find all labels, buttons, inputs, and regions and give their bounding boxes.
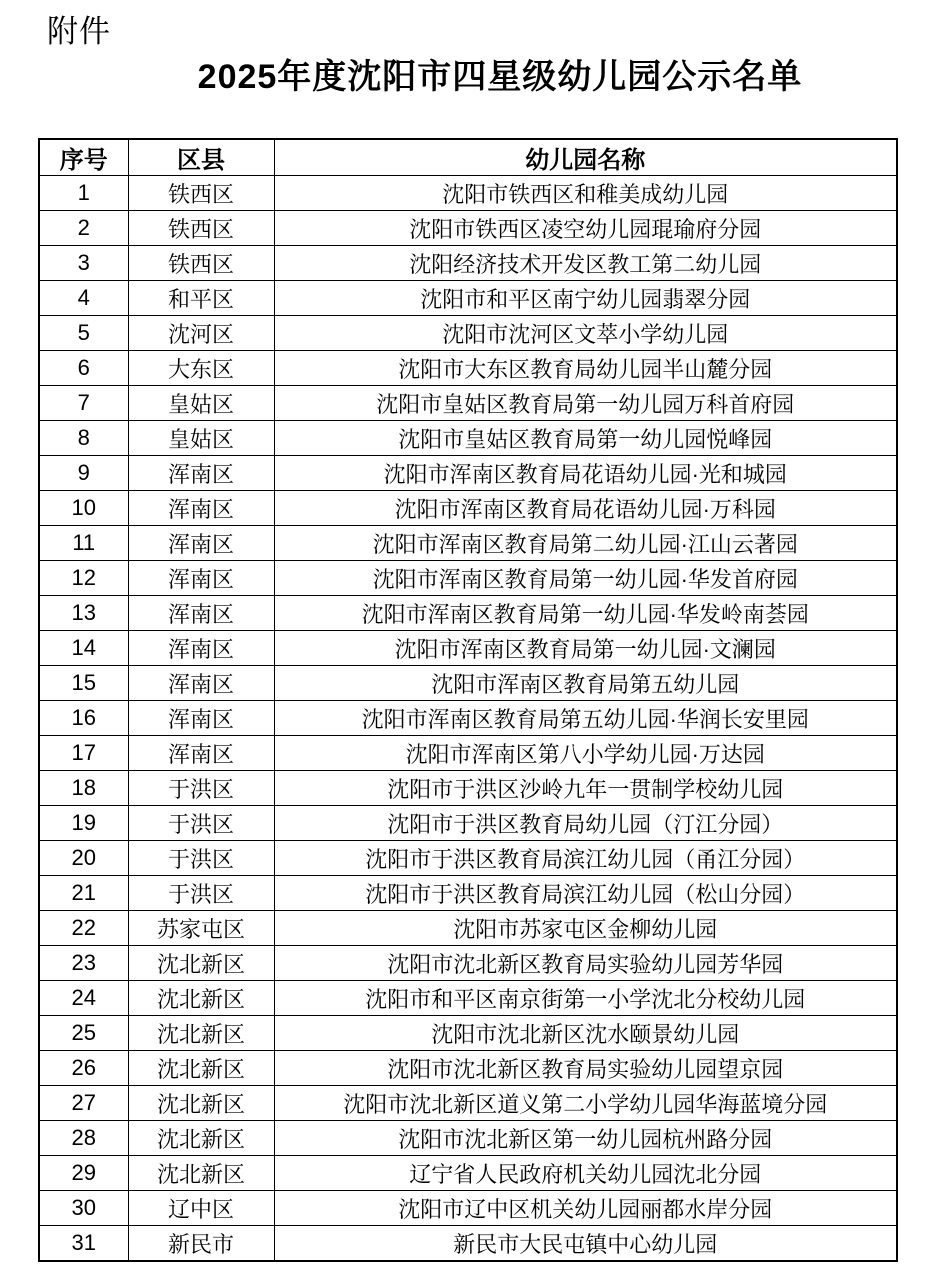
- table-row: 29沈北新区辽宁省人民政府机关幼儿园沈北分园: [39, 1156, 897, 1191]
- table-row: 25沈北新区沈阳市沈北新区沈水颐景幼儿园: [39, 1016, 897, 1051]
- row-number-cell: 5: [39, 316, 128, 351]
- kindergarten-name-cell: 沈阳市浑南区教育局第一幼儿园·华发首府园: [274, 561, 897, 596]
- row-number-cell: 3: [39, 246, 128, 281]
- kindergarten-name-cell: 沈阳市沈北新区第一幼儿园杭州路分园: [274, 1121, 897, 1156]
- district-cell: 皇姑区: [128, 386, 274, 421]
- table-row: 11浑南区沈阳市浑南区教育局第二幼儿园·江山云著园: [39, 526, 897, 561]
- table-row: 20于洪区沈阳市于洪区教育局滨江幼儿园（甬江分园）: [39, 841, 897, 876]
- district-cell: 铁西区: [128, 246, 274, 281]
- district-cell: 浑南区: [128, 596, 274, 631]
- row-number-cell: 23: [39, 946, 128, 981]
- district-cell: 浑南区: [128, 736, 274, 771]
- row-number-cell: 13: [39, 596, 128, 631]
- table-row: 3铁西区沈阳经济技术开发区教工第二幼儿园: [39, 246, 897, 281]
- table-row: 21于洪区沈阳市于洪区教育局滨江幼儿园（松山分园）: [39, 876, 897, 911]
- district-cell: 浑南区: [128, 701, 274, 736]
- table-row: 1铁西区沈阳市铁西区和稚美成幼儿园: [39, 176, 897, 211]
- kindergarten-name-cell: 沈阳市浑南区教育局第五幼儿园: [274, 666, 897, 701]
- row-number-cell: 22: [39, 911, 128, 946]
- district-cell: 于洪区: [128, 841, 274, 876]
- table-row: 24沈北新区沈阳市和平区南京街第一小学沈北分校幼儿园: [39, 981, 897, 1016]
- row-number-cell: 10: [39, 491, 128, 526]
- table-row: 31新民市新民市大民屯镇中心幼儿园: [39, 1226, 897, 1262]
- row-number-cell: 20: [39, 841, 128, 876]
- table-row: 16浑南区沈阳市浑南区教育局第五幼儿园·华润长安里园: [39, 701, 897, 736]
- district-cell: 辽中区: [128, 1191, 274, 1226]
- kindergarten-name-cell: 沈阳市于洪区教育局滨江幼儿园（松山分园）: [274, 876, 897, 911]
- kindergarten-name-cell: 沈阳市沈北新区教育局实验幼儿园芳华园: [274, 946, 897, 981]
- district-cell: 皇姑区: [128, 421, 274, 456]
- district-cell: 苏家屯区: [128, 911, 274, 946]
- header-serial-number: 序号: [39, 139, 128, 176]
- kindergarten-name-cell: 沈阳市沈河区文萃小学幼儿园: [274, 316, 897, 351]
- table-row: 14浑南区沈阳市浑南区教育局第一幼儿园·文澜园: [39, 631, 897, 666]
- row-number-cell: 26: [39, 1051, 128, 1086]
- district-cell: 沈河区: [128, 316, 274, 351]
- kindergarten-name-cell: 沈阳市沈北新区教育局实验幼儿园望京园: [274, 1051, 897, 1086]
- district-cell: 沈北新区: [128, 946, 274, 981]
- table-row: 15浑南区沈阳市浑南区教育局第五幼儿园: [39, 666, 897, 701]
- table-body: 1铁西区沈阳市铁西区和稚美成幼儿园2铁西区沈阳市铁西区凌空幼儿园琨瑜府分园3铁西…: [39, 176, 897, 1262]
- district-cell: 浑南区: [128, 526, 274, 561]
- kindergarten-name-cell: 沈阳市于洪区沙岭九年一贯制学校幼儿园: [274, 771, 897, 806]
- document-page: 附件 2025年度沈阳市四星级幼儿园公示名单 序号 区县 幼儿园名称 1铁西区沈…: [0, 0, 936, 1281]
- row-number-cell: 18: [39, 771, 128, 806]
- header-district: 区县: [128, 139, 274, 176]
- row-number-cell: 30: [39, 1191, 128, 1226]
- kindergarten-name-cell: 沈阳市沈北新区沈水颐景幼儿园: [274, 1016, 897, 1051]
- district-cell: 于洪区: [128, 876, 274, 911]
- kindergarten-name-cell: 沈阳市浑南区教育局花语幼儿园·光和城园: [274, 456, 897, 491]
- district-cell: 浑南区: [128, 631, 274, 666]
- row-number-cell: 7: [39, 386, 128, 421]
- kindergarten-name-cell: 沈阳市铁西区和稚美成幼儿园: [274, 176, 897, 211]
- kindergarten-name-cell: 辽宁省人民政府机关幼儿园沈北分园: [274, 1156, 897, 1191]
- row-number-cell: 15: [39, 666, 128, 701]
- row-number-cell: 12: [39, 561, 128, 596]
- table-row: 4和平区沈阳市和平区南宁幼儿园翡翠分园: [39, 281, 897, 316]
- district-cell: 铁西区: [128, 176, 274, 211]
- table-row: 23沈北新区沈阳市沈北新区教育局实验幼儿园芳华园: [39, 946, 897, 981]
- kindergarten-name-cell: 沈阳市沈北新区道义第二小学幼儿园华海蓝境分园: [274, 1086, 897, 1121]
- page-title: 2025年度沈阳市四星级幼儿园公示名单: [0, 56, 936, 98]
- district-cell: 新民市: [128, 1226, 274, 1262]
- table-row: 27沈北新区沈阳市沈北新区道义第二小学幼儿园华海蓝境分园: [39, 1086, 897, 1121]
- district-cell: 于洪区: [128, 806, 274, 841]
- row-number-cell: 24: [39, 981, 128, 1016]
- kindergarten-name-cell: 沈阳市皇姑区教育局第一幼儿园万科首府园: [274, 386, 897, 421]
- attachment-label: 附件: [47, 6, 111, 51]
- kindergarten-name-cell: 沈阳市浑南区教育局第五幼儿园·华润长安里园: [274, 701, 897, 736]
- row-number-cell: 1: [39, 176, 128, 211]
- kindergarten-name-cell: 沈阳市于洪区教育局幼儿园（汀江分园）: [274, 806, 897, 841]
- kindergarten-name-cell: 沈阳经济技术开发区教工第二幼儿园: [274, 246, 897, 281]
- table-row: 17浑南区沈阳市浑南区第八小学幼儿园·万达园: [39, 736, 897, 771]
- row-number-cell: 25: [39, 1016, 128, 1051]
- table-row: 18于洪区沈阳市于洪区沙岭九年一贯制学校幼儿园: [39, 771, 897, 806]
- row-number-cell: 27: [39, 1086, 128, 1121]
- district-cell: 铁西区: [128, 211, 274, 246]
- table-row: 22苏家屯区沈阳市苏家屯区金柳幼儿园: [39, 911, 897, 946]
- kindergarten-name-cell: 沈阳市和平区南京街第一小学沈北分校幼儿园: [274, 981, 897, 1016]
- kindergarten-name-cell: 沈阳市于洪区教育局滨江幼儿园（甬江分园）: [274, 841, 897, 876]
- district-cell: 浑南区: [128, 561, 274, 596]
- district-cell: 沈北新区: [128, 1156, 274, 1191]
- row-number-cell: 14: [39, 631, 128, 666]
- kindergarten-name-cell: 沈阳市浑南区教育局第一幼儿园·华发岭南荟园: [274, 596, 897, 631]
- table-row: 13浑南区沈阳市浑南区教育局第一幼儿园·华发岭南荟园: [39, 596, 897, 631]
- kindergarten-name-cell: 沈阳市苏家屯区金柳幼儿园: [274, 911, 897, 946]
- table-row: 28沈北新区沈阳市沈北新区第一幼儿园杭州路分园: [39, 1121, 897, 1156]
- district-cell: 沈北新区: [128, 1016, 274, 1051]
- row-number-cell: 31: [39, 1226, 128, 1262]
- district-cell: 沈北新区: [128, 1051, 274, 1086]
- kindergarten-name-cell: 沈阳市浑南区第八小学幼儿园·万达园: [274, 736, 897, 771]
- row-number-cell: 21: [39, 876, 128, 911]
- kindergarten-name-cell: 沈阳市浑南区教育局第一幼儿园·文澜园: [274, 631, 897, 666]
- table-row: 10浑南区沈阳市浑南区教育局花语幼儿园·万科园: [39, 491, 897, 526]
- district-cell: 和平区: [128, 281, 274, 316]
- table-row: 26沈北新区沈阳市沈北新区教育局实验幼儿园望京园: [39, 1051, 897, 1086]
- row-number-cell: 19: [39, 806, 128, 841]
- table-row: 5沈河区沈阳市沈河区文萃小学幼儿园: [39, 316, 897, 351]
- kindergarten-name-cell: 沈阳市皇姑区教育局第一幼儿园悦峰园: [274, 421, 897, 456]
- table-row: 9浑南区沈阳市浑南区教育局花语幼儿园·光和城园: [39, 456, 897, 491]
- row-number-cell: 16: [39, 701, 128, 736]
- row-number-cell: 6: [39, 351, 128, 386]
- kindergarten-name-cell: 沈阳市浑南区教育局花语幼儿园·万科园: [274, 491, 897, 526]
- table-header: 序号 区县 幼儿园名称: [39, 139, 897, 176]
- row-number-cell: 17: [39, 736, 128, 771]
- row-number-cell: 11: [39, 526, 128, 561]
- district-cell: 沈北新区: [128, 981, 274, 1016]
- header-row: 序号 区县 幼儿园名称: [39, 139, 897, 176]
- district-cell: 浑南区: [128, 666, 274, 701]
- district-cell: 浑南区: [128, 491, 274, 526]
- row-number-cell: 28: [39, 1121, 128, 1156]
- table-row: 7皇姑区沈阳市皇姑区教育局第一幼儿园万科首府园: [39, 386, 897, 421]
- district-cell: 于洪区: [128, 771, 274, 806]
- district-cell: 沈北新区: [128, 1086, 274, 1121]
- kindergarten-name-cell: 沈阳市浑南区教育局第二幼儿园·江山云著园: [274, 526, 897, 561]
- kindergarten-name-cell: 沈阳市辽中区机关幼儿园丽都水岸分园: [274, 1191, 897, 1226]
- district-cell: 大东区: [128, 351, 274, 386]
- table-row: 6大东区沈阳市大东区教育局幼儿园半山麓分园: [39, 351, 897, 386]
- row-number-cell: 8: [39, 421, 128, 456]
- row-number-cell: 2: [39, 211, 128, 246]
- row-number-cell: 9: [39, 456, 128, 491]
- table-row: 8皇姑区沈阳市皇姑区教育局第一幼儿园悦峰园: [39, 421, 897, 456]
- district-cell: 浑南区: [128, 456, 274, 491]
- kindergarten-table: 序号 区县 幼儿园名称 1铁西区沈阳市铁西区和稚美成幼儿园2铁西区沈阳市铁西区凌…: [38, 138, 898, 1262]
- table-row: 19于洪区沈阳市于洪区教育局幼儿园（汀江分园）: [39, 806, 897, 841]
- row-number-cell: 29: [39, 1156, 128, 1191]
- table-row: 30辽中区沈阳市辽中区机关幼儿园丽都水岸分园: [39, 1191, 897, 1226]
- header-kindergarten-name: 幼儿园名称: [274, 139, 897, 176]
- row-number-cell: 4: [39, 281, 128, 316]
- kindergarten-name-cell: 新民市大民屯镇中心幼儿园: [274, 1226, 897, 1262]
- kindergarten-name-cell: 沈阳市大东区教育局幼儿园半山麓分园: [274, 351, 897, 386]
- kindergarten-name-cell: 沈阳市铁西区凌空幼儿园琨瑜府分园: [274, 211, 897, 246]
- district-cell: 沈北新区: [128, 1121, 274, 1156]
- table-row: 12浑南区沈阳市浑南区教育局第一幼儿园·华发首府园: [39, 561, 897, 596]
- table-row: 2铁西区沈阳市铁西区凌空幼儿园琨瑜府分园: [39, 211, 897, 246]
- kindergarten-name-cell: 沈阳市和平区南宁幼儿园翡翠分园: [274, 281, 897, 316]
